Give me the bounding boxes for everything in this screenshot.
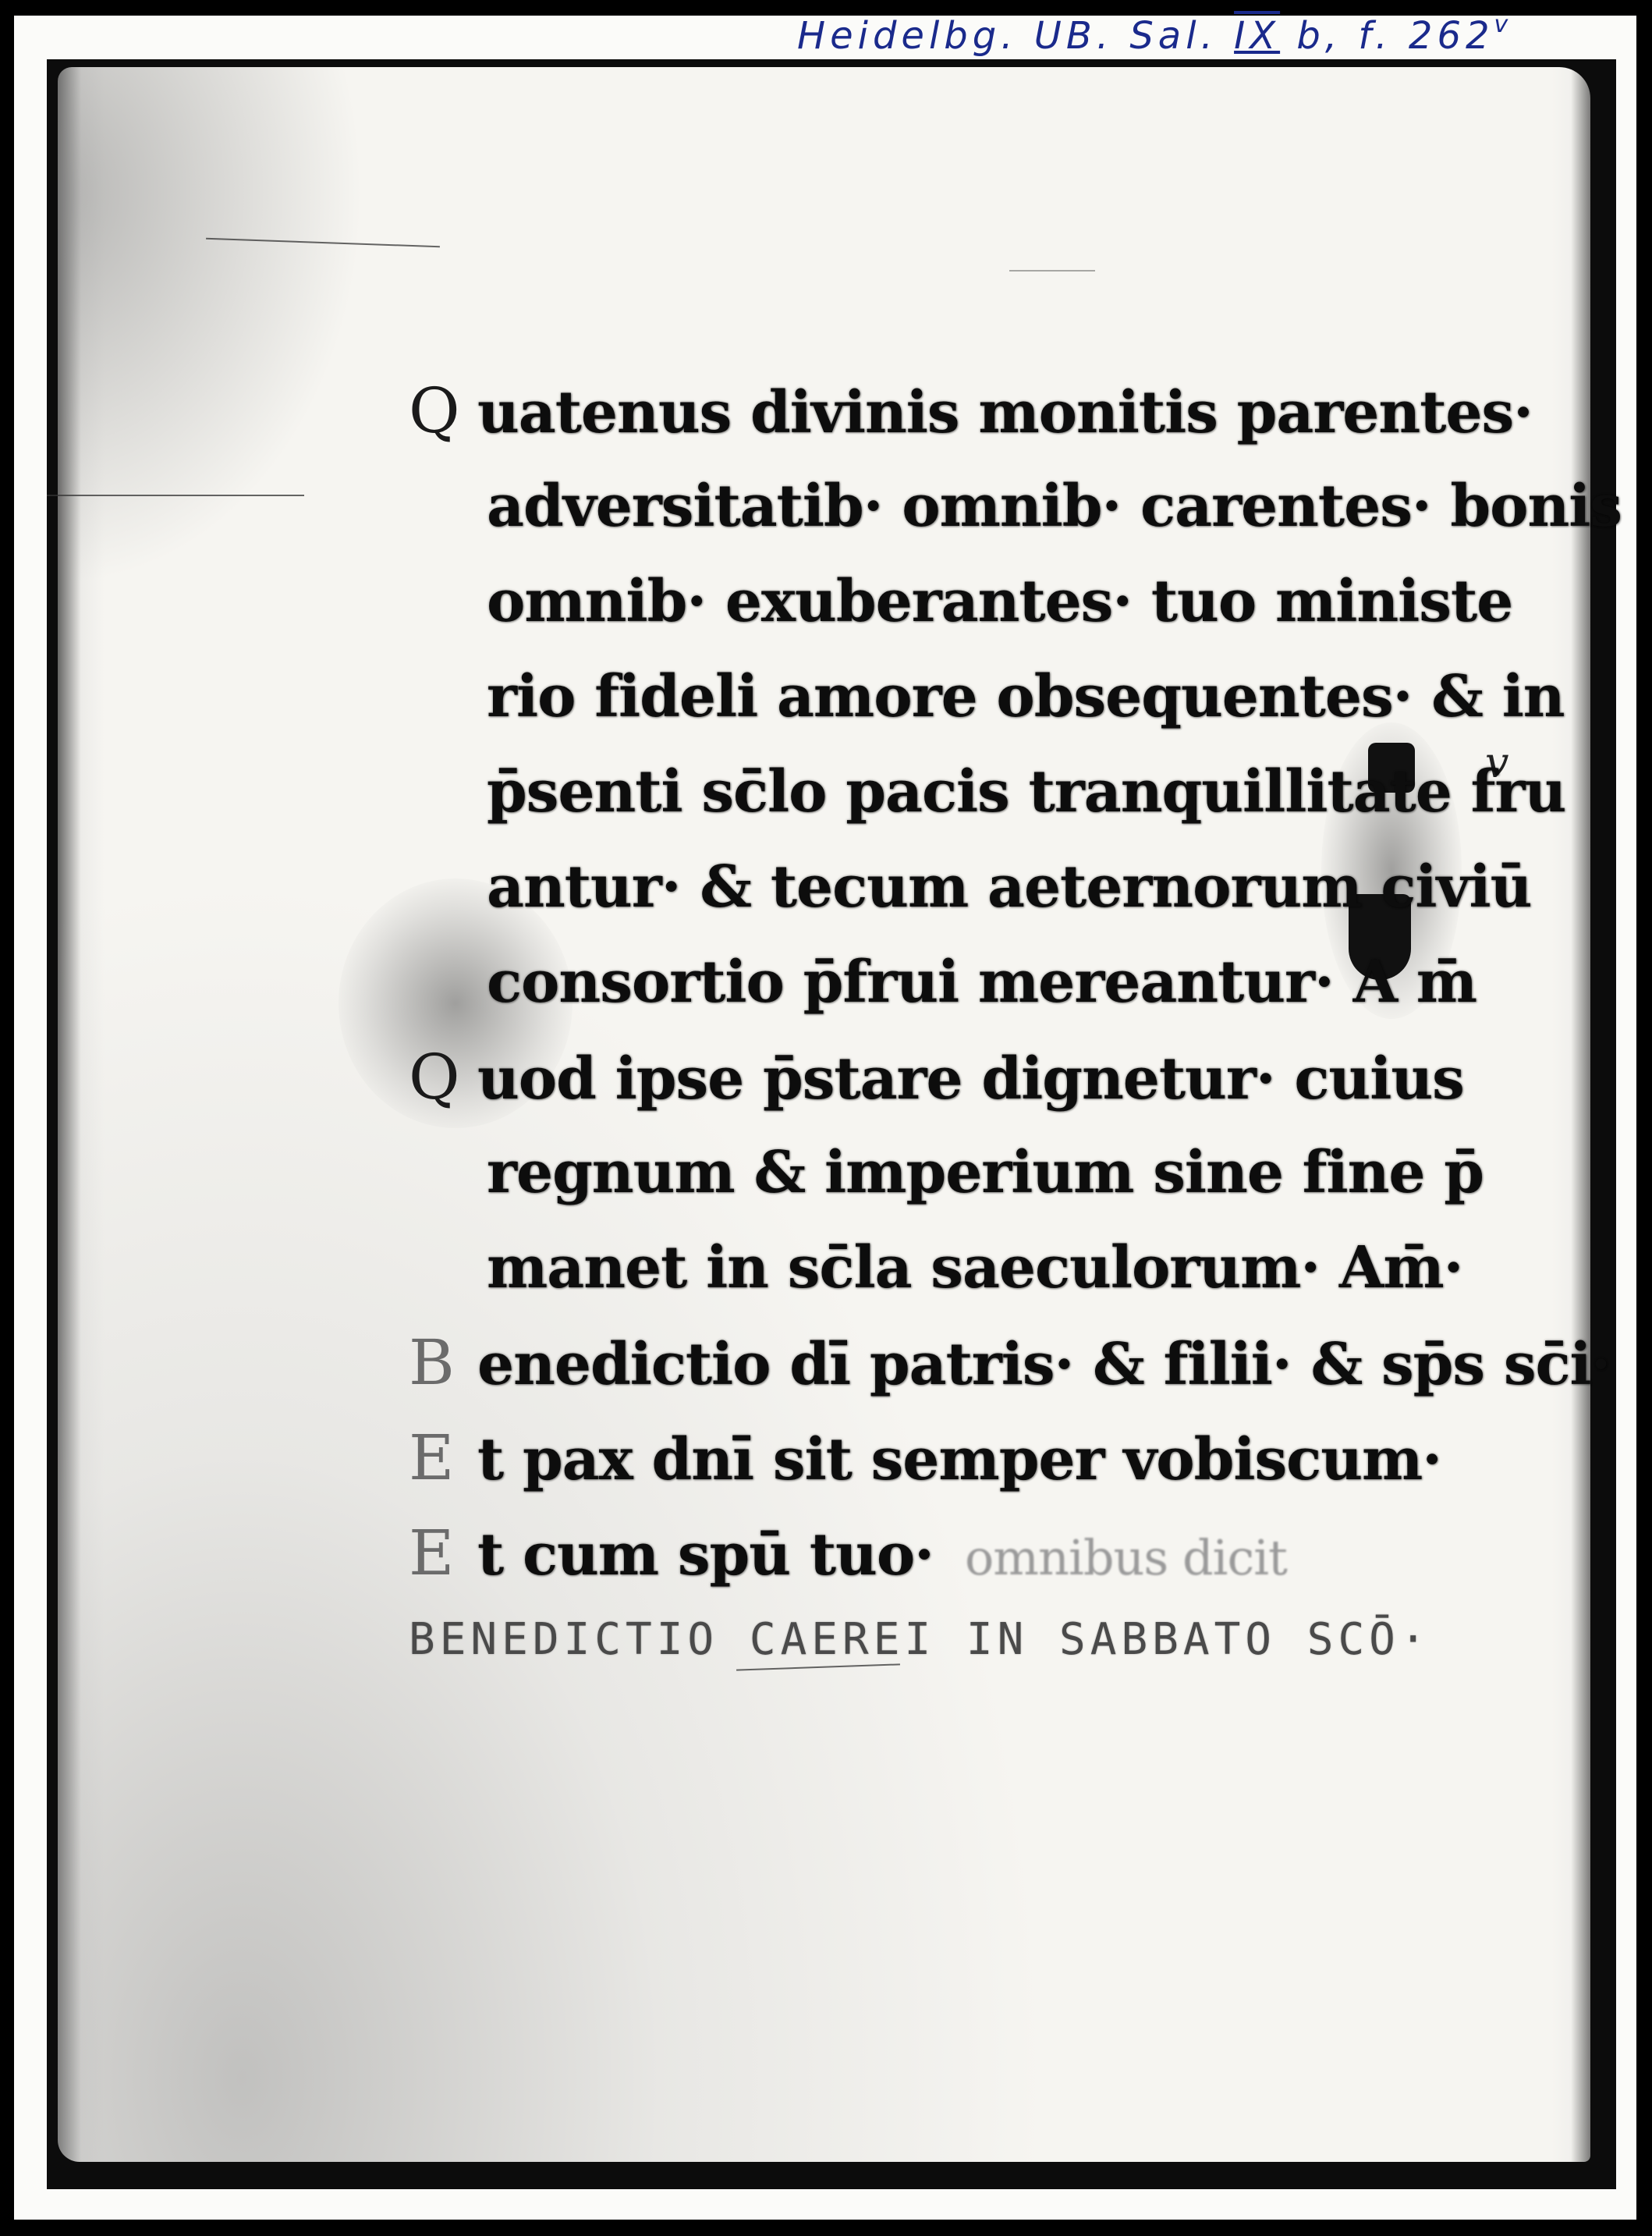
manuscript-line-13: Et cum spū tuo·omnibus dicit	[409, 1506, 1594, 1601]
shelfmark-prefix: Heidelbg. UB. Sal.	[797, 14, 1234, 58]
initial-b: B	[409, 1315, 477, 1411]
shelfmark-folio: b, f. 262	[1280, 14, 1494, 58]
ruling-line-top-left	[206, 238, 440, 247]
manuscript-line-9: regnum & imperium sine fine p̄	[409, 1125, 1594, 1220]
line-text: adversitatib· omnib· carentes· bonis	[487, 473, 1622, 540]
line-text: omnib· exuberantes· tuo ministe	[487, 568, 1512, 635]
text-block: Quatenus divinis monitis parentes· adver…	[409, 364, 1594, 1679]
manuscript-leaf: v Quatenus divinis monitis parentes· adv…	[58, 67, 1590, 2162]
manuscript-line-1: Quatenus divinis monitis parentes·	[409, 364, 1594, 459]
shelfmark-annotation: Heidelbg. UB. Sal. IX b, f. 262v	[797, 14, 1512, 58]
manuscript-line-6: antur· & tecum aeternorum civiū	[409, 839, 1594, 935]
manuscript-line-4: rio fideli amore obsequentes· & in	[409, 649, 1594, 744]
line-text: consortio p̄frui mereantur· A m̄	[487, 949, 1477, 1016]
initial-e: E	[409, 1411, 477, 1506]
line-text: uatenus divinis monitis parentes·	[477, 379, 1533, 446]
initial-e: E	[409, 1506, 477, 1601]
manuscript-line-2: adversitatib· omnib· carentes· bonis	[409, 459, 1594, 554]
line-text: regnum & imperium sine fine p̄	[487, 1139, 1484, 1206]
manuscript-line-3: omnib· exuberantes· tuo ministe	[409, 554, 1594, 649]
line-text: manet in sc̄la saeculorum· Am̄·	[487, 1234, 1462, 1301]
manuscript-line-5: p̄senti sc̄lo pacis tranquillitate fru	[409, 744, 1594, 839]
shelfmark-roman: IX	[1234, 14, 1280, 58]
bleed-through-text: omnibus dicit	[965, 1529, 1287, 1586]
line-text: t cum spū tuo·	[477, 1521, 934, 1588]
ruling-line-top-right	[1009, 270, 1095, 272]
line-text: p̄senti sc̄lo pacis tranquillitate fru	[487, 758, 1565, 825]
line-text: antur· & tecum aeternorum civiū	[487, 854, 1531, 921]
line-text: enedictio dī patris· & filii· & sp̄s sc̄…	[477, 1331, 1610, 1398]
photo-plate: v Quatenus divinis monitis parentes· adv…	[47, 59, 1616, 2189]
line-text: rio fideli amore obsequentes· & in	[487, 663, 1565, 730]
manuscript-line-11: Benedictio dī patris· & filii· & sp̄s sc…	[409, 1315, 1594, 1411]
initial-q: Q	[409, 364, 477, 459]
rubric-heading: BENEDICTIO CAEREI IN SABBATO SCŌ·	[409, 1601, 1594, 1679]
manuscript-line-12: Et pax dnī sit semper vobiscum·	[409, 1411, 1594, 1506]
line-text: uod ipse p̄stare dignetur· cuius	[477, 1045, 1464, 1113]
initial-q: Q	[409, 1030, 477, 1125]
manuscript-line-10: manet in sc̄la saeculorum· Am̄·	[409, 1220, 1594, 1315]
line-text: t pax dnī sit semper vobiscum·	[477, 1426, 1441, 1493]
manuscript-line-7: consortio p̄frui mereantur· A m̄	[409, 935, 1594, 1030]
manuscript-line-8: Quod ipse p̄stare dignetur· cuius	[409, 1030, 1594, 1125]
shelfmark-verso: v	[1494, 11, 1513, 38]
ruling-line-left	[47, 495, 304, 496]
